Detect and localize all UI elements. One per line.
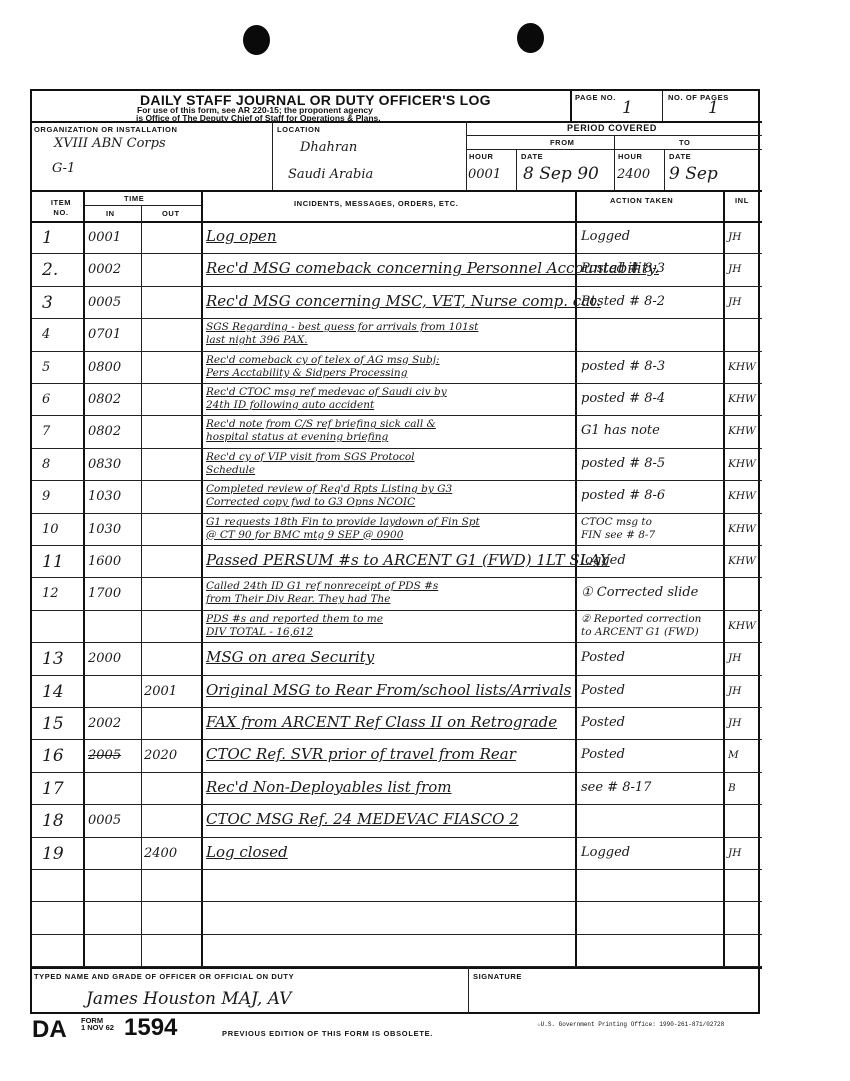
action-taken[interactable]: Posted # 8-2 (581, 294, 665, 309)
item-number[interactable]: 7 (42, 424, 50, 439)
initials[interactable]: JH (728, 685, 741, 697)
incident-text[interactable]: Rec'd cy of VIP visit from SGS Protocol (206, 451, 415, 463)
item-number[interactable]: 15 (42, 714, 64, 734)
action-taken[interactable]: logged (581, 553, 626, 568)
initials[interactable]: M (728, 749, 739, 761)
incident-text[interactable]: hospital status at evening briefing (206, 431, 388, 443)
action-taken[interactable]: ① Corrected slide (581, 585, 698, 600)
time-in[interactable]: 1700 (88, 586, 121, 601)
incident-text[interactable]: Schedule (206, 464, 255, 476)
log-entry-row: 15 2002 FAX from ARCENT Ref Class II on … (32, 707, 762, 739)
time-out[interactable]: 2001 (144, 684, 177, 699)
item-number[interactable]: 17 (42, 779, 64, 799)
incident-text[interactable]: from Their Div Rear. They had The (206, 593, 391, 605)
incident-text[interactable]: Rec'd Non-Deployables list from (206, 778, 452, 796)
signature-field[interactable] (472, 983, 757, 1011)
typed-name-label: TYPED NAME AND GRADE OF OFFICER OR OFFIC… (34, 972, 294, 981)
initials[interactable]: JH (728, 717, 741, 729)
action-taken[interactable]: to ARCENT G1 (FWD) (581, 626, 699, 638)
col-inl: INL (735, 196, 749, 205)
item-number[interactable]: 3 (42, 293, 53, 313)
log-entry-row: 5 0800 Rec'd comeback cy of telex of AG … (32, 351, 762, 383)
location-label: LOCATION (277, 125, 320, 134)
col-in: IN (106, 209, 115, 218)
item-number[interactable]: 1 (42, 228, 53, 248)
initials[interactable]: JH (728, 296, 741, 308)
time-in[interactable]: 0830 (88, 457, 121, 472)
incident-text[interactable]: Log closed (206, 843, 288, 861)
log-entry-row: 8 0830 Rec'd cy of VIP visit from SGS Pr… (32, 448, 762, 480)
initials[interactable]: JH (728, 847, 741, 859)
time-in[interactable]: 1600 (88, 554, 121, 569)
col-item-no: ITEM NO. (42, 198, 80, 218)
incident-text[interactable]: Passed PERSUM #s to ARCENT G1 (FWD) 1LT … (206, 551, 610, 569)
time-in[interactable]: 0002 (88, 262, 121, 277)
incident-text[interactable]: Corrected copy fwd to G3 Opns NCOIC (206, 496, 415, 508)
incident-text[interactable]: CTOC MSG Ref. 24 MEDEVAC FIASCO 2 (206, 810, 519, 828)
item-number[interactable]: 4 (42, 327, 50, 342)
log-entry-row: 10 1030 G1 requests 18th Fin to provide … (32, 513, 762, 545)
incident-text[interactable]: 24th ID following auto accident (206, 399, 374, 411)
time-in[interactable]: 0802 (88, 392, 121, 407)
action-taken[interactable]: ② Reported correction (581, 613, 701, 625)
from-hour-label: HOUR (469, 152, 493, 161)
action-taken[interactable]: Posted (581, 715, 625, 730)
col-action-taken: ACTION TAKEN (610, 196, 673, 205)
to-hour-value[interactable]: 2400 (617, 167, 650, 182)
initials[interactable]: KHW (728, 620, 756, 632)
incident-text[interactable]: Rec'd MSG concerning MSC, VET, Nurse com… (206, 292, 601, 310)
action-taken[interactable]: Posted (581, 683, 625, 698)
log-entry-row: 7 0802 Rec'd note from C/S ref briefing … (32, 415, 762, 447)
action-taken[interactable]: Logged (581, 845, 630, 860)
org-line-1[interactable]: XVIII ABN Corps (54, 136, 166, 151)
incident-text[interactable]: Completed review of Req'd Rpts Listing b… (206, 483, 452, 495)
action-taken[interactable]: posted # 8-3 (581, 359, 665, 374)
log-entry-row (32, 901, 762, 933)
to-date-value[interactable]: 9 Sep (669, 164, 718, 184)
log-entry-row: 13 2000 MSG on area Security Posted JH (32, 642, 762, 674)
time-in[interactable]: 0800 (88, 360, 121, 375)
page-no-label: PAGE NO. (575, 93, 616, 102)
log-entry-row: 11 1600 Passed PERSUM #s to ARCENT G1 (F… (32, 545, 762, 577)
time-in[interactable]: 0802 (88, 424, 121, 439)
to-date-label: DATE (669, 152, 691, 161)
previous-edition-note: PREVIOUS EDITION OF THIS FORM IS OBSOLET… (222, 1029, 433, 1038)
time-in[interactable]: 2005 (88, 748, 121, 763)
item-number[interactable]: 14 (42, 682, 64, 702)
item-number[interactable]: 8 (42, 457, 50, 472)
form-number: 1594 (124, 1014, 177, 1042)
gpo-imprint: ☆U.S. Government Printing Office: 1990-2… (537, 1021, 724, 1028)
time-out[interactable]: 2400 (144, 846, 177, 861)
incident-text[interactable]: Called 24th ID G1 ref nonreceipt of PDS … (206, 580, 438, 592)
col-incidents: INCIDENTS, MESSAGES, ORDERS, ETC. (294, 199, 458, 208)
from-hour-value[interactable]: 0001 (468, 167, 501, 182)
action-taken[interactable]: see # 8-17 (581, 780, 651, 795)
duty-log-form: DAILY STAFF JOURNAL OR DUTY OFFICER'S LO… (30, 89, 760, 1014)
action-taken[interactable]: Posted (581, 650, 625, 665)
action-taken[interactable]: Posted (581, 747, 625, 762)
action-taken[interactable]: CTOC msg to (581, 516, 652, 528)
log-entry-row: 12 1700 Called 24th ID G1 ref nonreceipt… (32, 577, 762, 609)
org-label: ORGANIZATION OR INSTALLATION (34, 125, 177, 134)
form-prefix: DA (32, 1016, 67, 1044)
item-number[interactable]: 5 (42, 360, 50, 375)
action-taken[interactable]: Logged (581, 229, 630, 244)
time-in[interactable]: 0701 (88, 327, 121, 342)
from-label: FROM (550, 138, 574, 147)
to-hour-label: HOUR (618, 152, 642, 161)
log-entry-row: 1 0001 Log open Logged JH (32, 221, 762, 253)
action-taken[interactable]: FIN see # 8-7 (581, 529, 655, 541)
item-number[interactable]: 10 (42, 522, 59, 537)
location-line-2[interactable]: Saudi Arabia (288, 167, 373, 182)
item-number[interactable]: 6 (42, 392, 50, 407)
time-out[interactable]: 2020 (144, 748, 177, 763)
incident-text[interactable]: FAX from ARCENT Ref Class II on Retrogra… (206, 713, 557, 731)
log-entry-row: 4 0701 SGS Regarding - best guess for ar… (32, 318, 762, 350)
action-taken[interactable]: G1 has note (581, 423, 660, 438)
log-entry-row: 18 0005 CTOC MSG Ref. 24 MEDEVAC FIASCO … (32, 804, 762, 836)
incident-text[interactable]: Rec'd comeback cy of telex of AG msg Sub… (206, 354, 440, 366)
initials[interactable]: KHW (728, 490, 756, 502)
no-of-pages-value[interactable]: 1 (708, 98, 719, 118)
action-taken[interactable]: Posted # 8-3 (581, 261, 665, 276)
time-in[interactable]: 0005 (88, 295, 121, 310)
initials[interactable]: KHW (728, 523, 756, 535)
location-line-1[interactable]: Dhahran (300, 140, 357, 155)
incident-text[interactable]: CTOC Ref. SVR prior of travel from Rear (206, 745, 516, 763)
incident-text[interactable]: PDS #s and reported them to me (206, 613, 383, 625)
to-label: TO (679, 138, 690, 147)
log-entry-row (32, 869, 762, 901)
initials[interactable]: KHW (728, 458, 756, 470)
log-entry-row: 14 2001 Original MSG to Rear From/school… (32, 675, 762, 707)
initials[interactable]: B (728, 782, 736, 794)
typed-name-value[interactable]: James Houston MAJ, AV (86, 989, 291, 1009)
item-number[interactable]: 13 (42, 649, 64, 669)
item-number[interactable]: 11 (42, 552, 64, 572)
time-in[interactable]: 0005 (88, 813, 121, 828)
incident-text[interactable]: G1 requests 18th Fin to provide laydown … (206, 516, 480, 528)
period-covered-label: PERIOD COVERED (567, 123, 657, 133)
incident-text[interactable]: Rec'd CTOC msg ref medevac of Saudi civ … (206, 386, 447, 398)
action-taken[interactable]: posted # 8-4 (581, 391, 665, 406)
log-entry-row: 17 Rec'd Non-Deployables list from see #… (32, 772, 762, 804)
col-time: TIME (124, 194, 144, 203)
initials[interactable]: JH (728, 652, 741, 664)
item-number[interactable]: 9 (42, 489, 50, 504)
incident-text[interactable]: last night 396 PAX. (206, 334, 308, 346)
log-entry-row: 9 1030 Completed review of Req'd Rpts Li… (32, 480, 762, 512)
log-entry-row: PDS #s and reported them to meDIV TOTAL … (32, 610, 762, 642)
item-number[interactable]: 16 (42, 746, 64, 766)
incident-text[interactable]: @ CT 90 for BMC mtg 9 SEP @ 0900 (206, 529, 403, 541)
page-no-value[interactable]: 1 (622, 98, 633, 118)
item-number[interactable]: 2. (42, 260, 58, 280)
action-taken[interactable]: posted # 8-6 (581, 488, 665, 503)
no-of-pages-label: NO. OF PAGES (668, 93, 729, 102)
incident-text[interactable]: SGS Regarding - best guess for arrivals … (206, 321, 478, 333)
initials[interactable]: KHW (728, 555, 756, 567)
item-number[interactable]: 19 (42, 844, 64, 864)
incident-text[interactable]: Pers Acctability & Sidpers Processing (206, 367, 407, 379)
log-entry-row: 2. 0002 Rec'd MSG comeback concerning Pe… (32, 253, 762, 285)
form-word-date: FORM 1 NOV 62 (81, 1017, 114, 1031)
log-entry-row (32, 934, 762, 966)
time-in[interactable]: 2002 (88, 716, 121, 731)
time-in[interactable]: 1030 (88, 489, 121, 504)
from-date-value[interactable]: 8 Sep 90 (523, 164, 599, 184)
incident-text[interactable]: Log open (206, 227, 277, 245)
initials[interactable]: KHW (728, 393, 756, 405)
from-date-label: DATE (521, 152, 543, 161)
log-entry-row: 16 2005 2020 CTOC Ref. SVR prior of trav… (32, 739, 762, 771)
incident-text[interactable]: MSG on area Security (206, 648, 374, 666)
log-entry-row: 6 0802 Rec'd CTOC msg ref medevac of Sau… (32, 383, 762, 415)
log-entry-row: 19 2400 Log closed Logged JH (32, 837, 762, 869)
time-in[interactable]: 2000 (88, 651, 121, 666)
item-number[interactable]: 12 (42, 586, 59, 601)
punch-hole-right (517, 23, 544, 53)
initials[interactable]: KHW (728, 361, 756, 373)
action-taken[interactable]: posted # 8-5 (581, 456, 665, 471)
item-number[interactable]: 18 (42, 811, 64, 831)
col-out: OUT (162, 209, 180, 218)
time-in[interactable]: 0001 (88, 230, 121, 245)
initials[interactable]: JH (728, 263, 741, 275)
initials[interactable]: JH (728, 231, 741, 243)
org-line-2[interactable]: G-1 (52, 161, 75, 176)
time-in[interactable]: 1030 (88, 522, 121, 537)
initials[interactable]: KHW (728, 425, 756, 437)
incident-text[interactable]: DIV TOTAL - 16,612 (206, 626, 313, 638)
incident-text[interactable]: Rec'd note from C/S ref briefing sick ca… (206, 418, 436, 430)
punch-hole-left (243, 25, 270, 55)
incident-text[interactable]: Original MSG to Rear From/school lists/A… (206, 681, 571, 699)
signature-label: SIGNATURE (473, 972, 522, 981)
form-date: 1 NOV 62 (81, 1024, 114, 1031)
log-entry-row: 3 0005 Rec'd MSG concerning MSC, VET, Nu… (32, 286, 762, 318)
